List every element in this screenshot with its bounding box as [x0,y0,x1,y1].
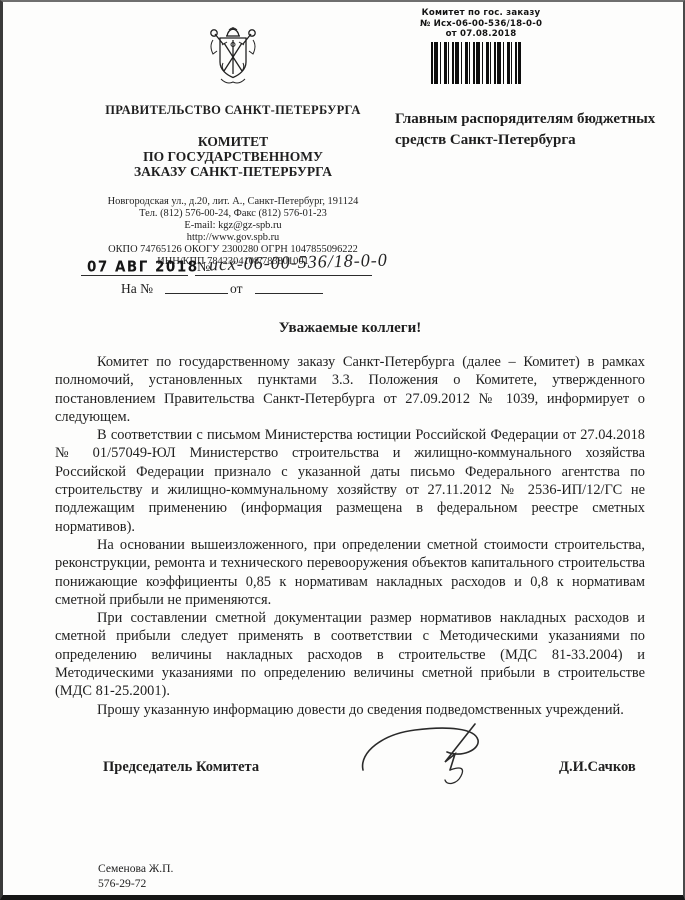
recipient-address: Главным распорядителям бюджетных средств… [395,109,677,151]
outgoing-number-handwritten: исх-06-00-536/18-0-0 [209,250,388,276]
salutation: Уважаемые коллеги! [55,320,645,337]
executor-phone: 576-29-72 [98,877,173,892]
executor-name: Семенова Ж.П. [98,862,173,877]
letterhead-address: Новгородская ул., д.20, лит. А., Санкт-П… [81,196,385,208]
barcode-icon [431,42,521,84]
number-underline [195,275,372,276]
letterhead-email: E-mail: kgz@gz-spb.ru [81,220,385,232]
paragraph: Комитет по государственному заказу Санкт… [55,353,645,426]
signer-title: Председатель Комитета [103,759,259,776]
letterhead-phone-fax: Тел. (812) 576-00-24, Факс (812) 576-01-… [81,208,385,220]
paragraph: В соответствии с письмом Министерства юс… [55,426,645,536]
scanned-letter-page: Комитет по гос. заказу № Исх-06-00-536/1… [0,0,685,900]
committee-title-line1: КОМИТЕТ [81,134,385,149]
stamp-number-line: № Исх-06-00-536/18-0-0 [411,19,551,30]
date-stamp: 07 АВГ 2018 [87,258,199,276]
signature-icon [349,718,499,802]
reply-to-label: На № [121,281,153,297]
registration-stamp-block: Комитет по гос. заказу № Исх-06-00-536/1… [411,8,551,40]
stamp-org-line: Комитет по гос. заказу [411,8,551,19]
letterhead: ПРАВИТЕЛЬСТВО САНКТ-ПЕТЕРБУРГА КОМИТЕТ П… [81,26,385,267]
coat-of-arms-icon [201,26,265,92]
letterhead-website: http://www.gov.spb.ru [81,232,385,244]
reply-from-label: от [230,281,242,297]
reply-date-blank [255,293,323,294]
paragraph: При составлении сметной документации раз… [55,609,645,700]
committee-title-line2: ПО ГОСУДАРСТВЕННОМУ [81,149,385,164]
stamp-date-line: от 07.08.2018 [411,29,551,40]
committee-title: КОМИТЕТ ПО ГОСУДАРСТВЕННОМУ ЗАКАЗУ САНКТ… [81,134,385,179]
paragraph: На основании вышеизложенного, при опреде… [55,536,645,609]
reply-number-blank [165,293,228,294]
signer-name: Д.И.Сачков [559,759,636,776]
committee-title-line3: ЗАКАЗУ САНКТ-ПЕТЕРБУРГА [81,164,385,179]
government-title: ПРАВИТЕЛЬСТВО САНКТ-ПЕТЕРБУРГА [81,103,385,118]
paragraph: Прошу указанную информацию довести до св… [55,701,645,719]
letter-body: Уважаемые коллеги! Комитет по государств… [55,320,645,719]
executor-block: Семенова Ж.П. 576-29-72 [98,862,173,891]
date-underline [81,275,188,276]
